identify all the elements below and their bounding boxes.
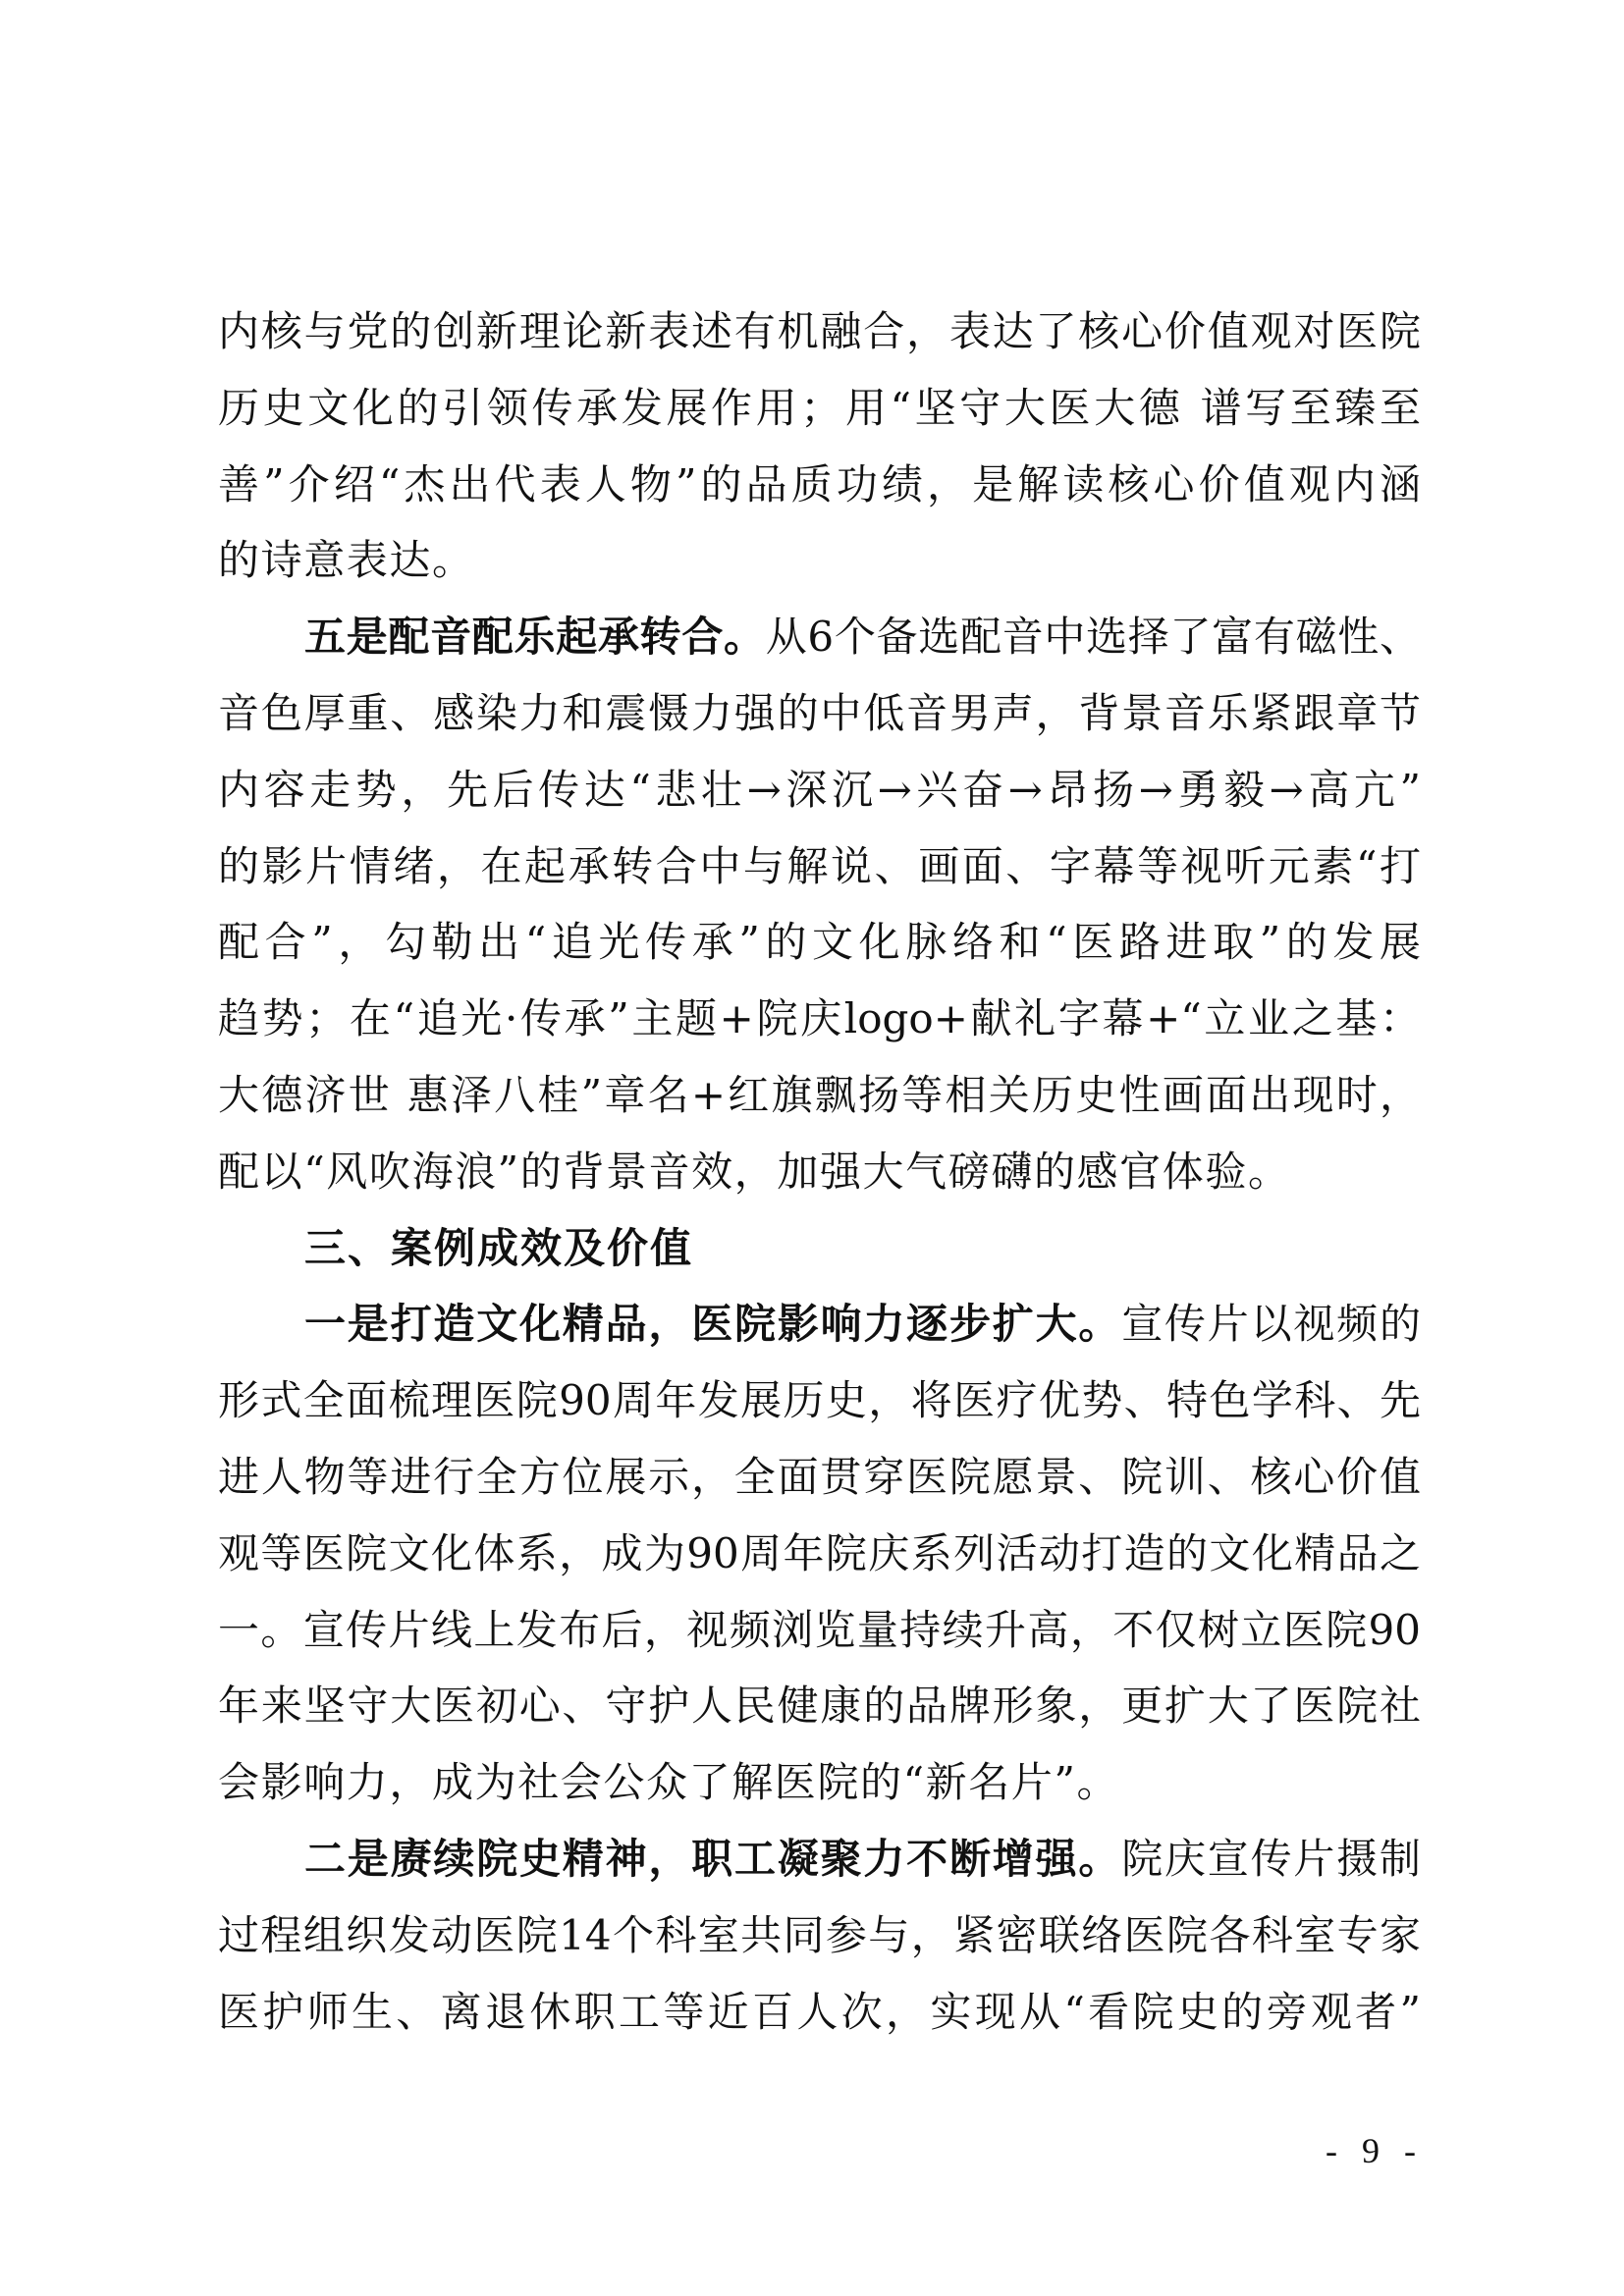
paragraph-line: 的影片情绪，在起承转合中与解说、画面、字幕等视听元素“打 [218,828,1421,905]
paragraph-first-line: 五是配音配乐起承转合。从6个备选配音中选择了富有磁性、 [218,599,1421,675]
paragraph-line: 内核与党的创新理论新表述有机融合，表达了核心价值观对医院 [218,294,1421,370]
paragraph-line: 的诗意表达。 [218,522,1421,599]
paragraph-lead: 二是赓续院史精神，职工凝聚力不断增强。 [304,1835,1121,1883]
paragraph-lead: 五是配音配乐起承转合。 [304,613,766,661]
paragraph-text: 院庆宣传片摄制 [1121,1835,1421,1883]
paragraph-line: 配合”，勾勒出“追光传承”的文化脉络和“医路进取”的发展 [218,904,1421,981]
paragraph-line: 过程组织发动医院14个科室共同参与，紧密联络医院各科室专家 [218,1897,1421,1974]
paragraph-line: 内容走势，先后传达“悲壮→深沉→兴奋→昂扬→勇毅→高亢” [218,752,1421,828]
paragraph-line: 进人物等进行全方位展示，全面贯穿医院愿景、院训、核心价值 [218,1439,1421,1516]
document-page: 内核与党的创新理论新表述有机融合，表达了核心价值观对医院 历史文化的引领传承发展… [0,0,1624,2296]
paragraph-line: 一。宣传片线上发布后，视频浏览量持续升高，不仅树立医院90 [218,1592,1421,1669]
paragraph-line: 善”介绍“杰出代表人物”的品质功绩，是解读核心价值观内涵 [218,447,1421,523]
paragraph-line: 观等医院文化体系，成为90周年院庆系列活动打造的文化精品之 [218,1516,1421,1592]
paragraph-line: 形式全面梳理医院90周年发展历史，将医疗优势、特色学科、先 [218,1362,1421,1439]
paragraph-line: 会影响力，成为社会公众了解医院的“新名片”。 [218,1744,1421,1821]
paragraph-first-line: 二是赓续院史精神，职工凝聚力不断增强。院庆宣传片摄制 [218,1821,1421,1897]
paragraph-line: 音色厚重、感染力和震慑力强的中低音男声，背景音乐紧跟章节 [218,675,1421,752]
paragraph-first-line: 一是打造文化精品，医院影响力逐步扩大。宣传片以视频的 [218,1286,1421,1362]
paragraph-line: 年来坚守大医初心、守护人民健康的品牌形象，更扩大了医院社 [218,1668,1421,1744]
paragraph-text: 从6个备选配音中选择了富有磁性、 [766,613,1421,661]
paragraph-line: 趋势；在“追光·传承”主题+院庆logo+献礼字幕+“立业之基： [218,981,1421,1057]
paragraph-line: 医护师生、离退休职工等近百人次，实现从“看院史的旁观者” [218,1974,1421,2051]
paragraph-line: 配以“风吹海浪”的背景音效，加强大气磅礴的感官体验。 [218,1134,1421,1210]
document-body: 内核与党的创新理论新表述有机融合，表达了核心价值观对医院 历史文化的引领传承发展… [218,294,1421,2050]
paragraph-lead: 一是打造文化精品，医院影响力逐步扩大。 [304,1300,1121,1348]
page-number: - 9 - [1326,2130,1424,2171]
paragraph-line: 历史文化的引领传承发展作用；用“坚守大医大德 谱写至臻至 [218,370,1421,447]
paragraph-text: 宣传片以视频的 [1121,1300,1421,1348]
section-heading: 三、案例成效及价值 [218,1210,1421,1287]
paragraph-line: 大德济世 惠泽八桂”章名+红旗飘扬等相关历史性画面出现时， [218,1057,1421,1134]
